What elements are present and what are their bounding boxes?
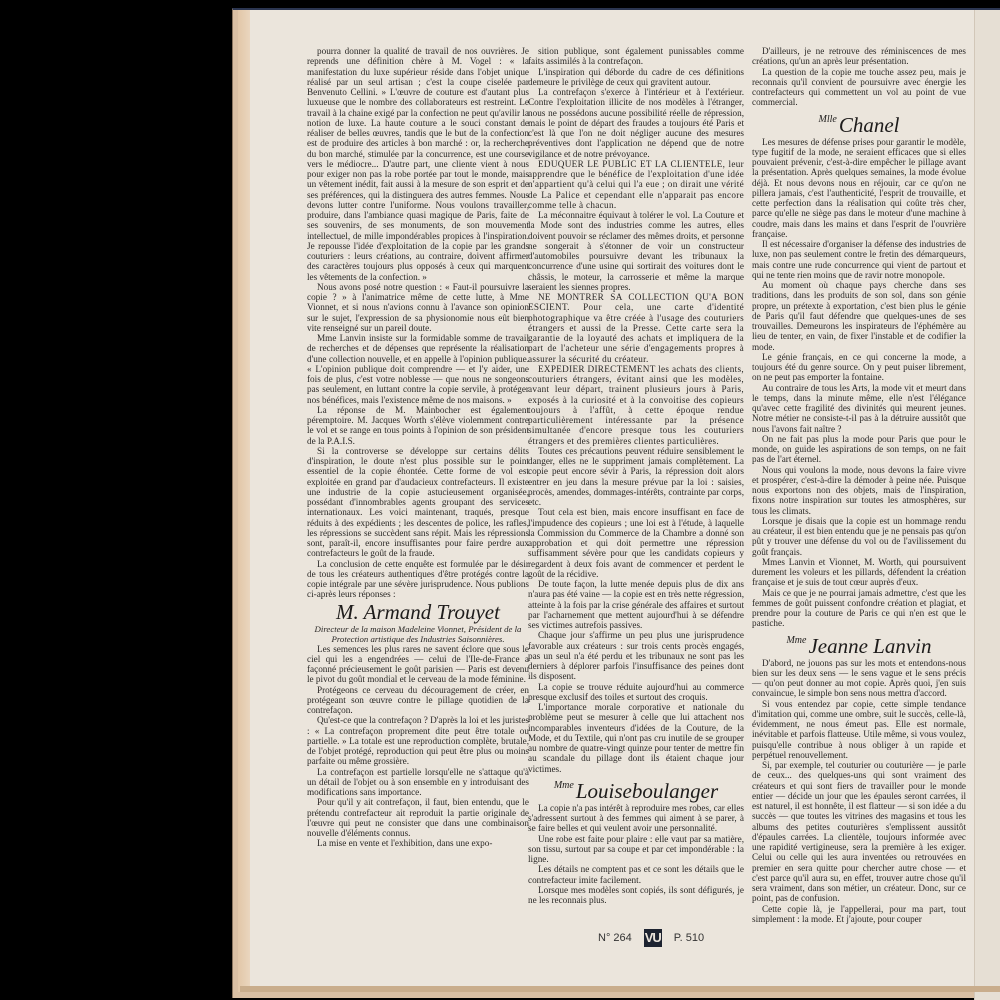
paragraph: La conclusion de cette enquête est formu… [307, 559, 529, 600]
page-footer: N° 264 VU P. 510 [598, 929, 704, 947]
paragraph: La réponse de M. Mainbocher est égalemen… [307, 405, 529, 446]
vu-logo-icon: VU [644, 929, 662, 947]
paragraph: Tout cela est bien, mais encore insuffis… [528, 507, 744, 579]
paragraph: sition publique, sont également punissab… [528, 46, 744, 67]
paragraph: Cette copie là, je l'appellerai, pour ma… [752, 904, 966, 925]
paragraph: La copie se trouve réduite aujourd'hui a… [528, 682, 744, 703]
paragraph: La mise en vente et l'exhibition, dans u… [307, 838, 529, 848]
paragraph: L'inspiration qui déborde du cadre de ce… [528, 67, 744, 88]
paragraph: Nous avons posé notre question : « Faut-… [307, 282, 529, 333]
paragraph: La contrefaçon s'exerce à l'intérieur et… [528, 87, 744, 159]
next-page-leaf [974, 10, 1000, 1000]
paragraph: Au moment où chaque pays cherche dans se… [752, 280, 966, 352]
heading-prefix: Mme [786, 635, 806, 646]
paragraph: Protégeons ce cerveau du découragement d… [307, 685, 529, 716]
paragraph: La question de la copie me touche assez … [752, 67, 966, 108]
paragraph: Les semences les plus rares ne savent éc… [307, 644, 529, 685]
heading-name: Chanel [839, 113, 900, 137]
page-bottom-edge [240, 986, 1000, 992]
paragraph: Il est nécessaire d'organiser la défense… [752, 239, 966, 280]
heading-name: Louiseboulanger [576, 779, 718, 803]
paragraph: D'abord, ne jouons pas sur les mots et e… [752, 658, 966, 699]
heading-prefix: Mlle [819, 114, 837, 125]
section-heading-trouyet: M. Armand Trouyet [307, 600, 529, 624]
paragraph: pourra donner la qualité de travail de n… [307, 46, 529, 282]
paragraph: Chaque jour s'affirme un peu plus une ju… [528, 630, 744, 681]
paragraph: Si la controverse se développe sur certa… [307, 446, 529, 559]
paragraph: Si vous entendez par copie, cette simple… [752, 699, 966, 761]
paragraph: Mmes Lanvin et Vionnet, M. Worth, qui po… [752, 557, 966, 588]
section-heading-chanel: MlleChanel [752, 108, 966, 137]
paragraph: Au contraire de tous les Arts, la mode v… [752, 383, 966, 434]
paragraph: L'importance morale corporative et natio… [528, 702, 744, 774]
paragraph: Mme Lanvin insiste sur la formidable som… [307, 333, 529, 405]
paragraph: La copie n'a pas intérêt à reproduire me… [528, 803, 744, 834]
paragraph: Toutes ces précautions peuvent réduire s… [528, 446, 744, 508]
issue-number: N° 264 [598, 932, 632, 944]
article-column-right: D'ailleurs, je ne retrouve des réminisce… [752, 46, 966, 924]
paragraph: Si, par exemple, tel couturier ou coutur… [752, 760, 966, 904]
paragraph: La contrefaçon est partielle lorsqu'elle… [307, 767, 529, 798]
article-column-left: pourra donner la qualité de travail de n… [307, 46, 529, 849]
section-heading-jeanne-lanvin: MmeJeanne Lanvin [752, 629, 966, 658]
paragraph: Qu'est-ce que la contrefaçon ? D'après l… [307, 715, 529, 766]
paragraph: EDUQUER LE PUBLIC ET LA CLIENTELE, leur … [528, 159, 744, 210]
paragraph: Lorsque mes modèles sont copiés, ils son… [528, 885, 744, 906]
paragraph: Mais ce que je ne pourrai jamais admettr… [752, 588, 966, 629]
section-heading-louiseboulanger: MmeLouiseboulanger [528, 774, 744, 803]
page-number: P. 510 [674, 932, 704, 944]
paragraph: La méconnaitre équivaut à tolérer le vol… [528, 210, 744, 292]
paragraph: Pour qu'il y ait contrefaçon, il faut, b… [307, 797, 529, 838]
paragraph: On ne fait pas plus la mode pour Paris q… [752, 434, 966, 465]
paragraph: EXPEDIER DIRECTEMENT les achats des clie… [528, 364, 744, 446]
paragraph: De toute façon, la lutte menée depuis pl… [528, 579, 744, 630]
heading-name: Jeanne Lanvin [808, 634, 931, 658]
paragraph: Les mesures de défense prises pour garan… [752, 137, 966, 240]
heading-prefix: Mme [554, 780, 574, 791]
paragraph: Le génie français, en ce qui concerne la… [752, 352, 966, 383]
paragraph: NE MONTRER SA COLLECTION QU'A BON ESCIEN… [528, 292, 744, 364]
paragraph: D'ailleurs, je ne retrouve des réminisce… [752, 46, 966, 67]
paragraph: Une robe est faite pour plaire : elle va… [528, 834, 744, 865]
section-subtitle-trouyet: Directeur de la maison Madeleine Vionnet… [307, 624, 529, 644]
paragraph: Lorsque je disais que la copie est un ho… [752, 516, 966, 557]
article-column-middle: sition publique, sont également punissab… [528, 46, 744, 905]
paragraph: Nous qui voulons la mode, nous devons la… [752, 465, 966, 516]
paragraph: Les détails ne comptent pas et ce sont l… [528, 864, 744, 885]
